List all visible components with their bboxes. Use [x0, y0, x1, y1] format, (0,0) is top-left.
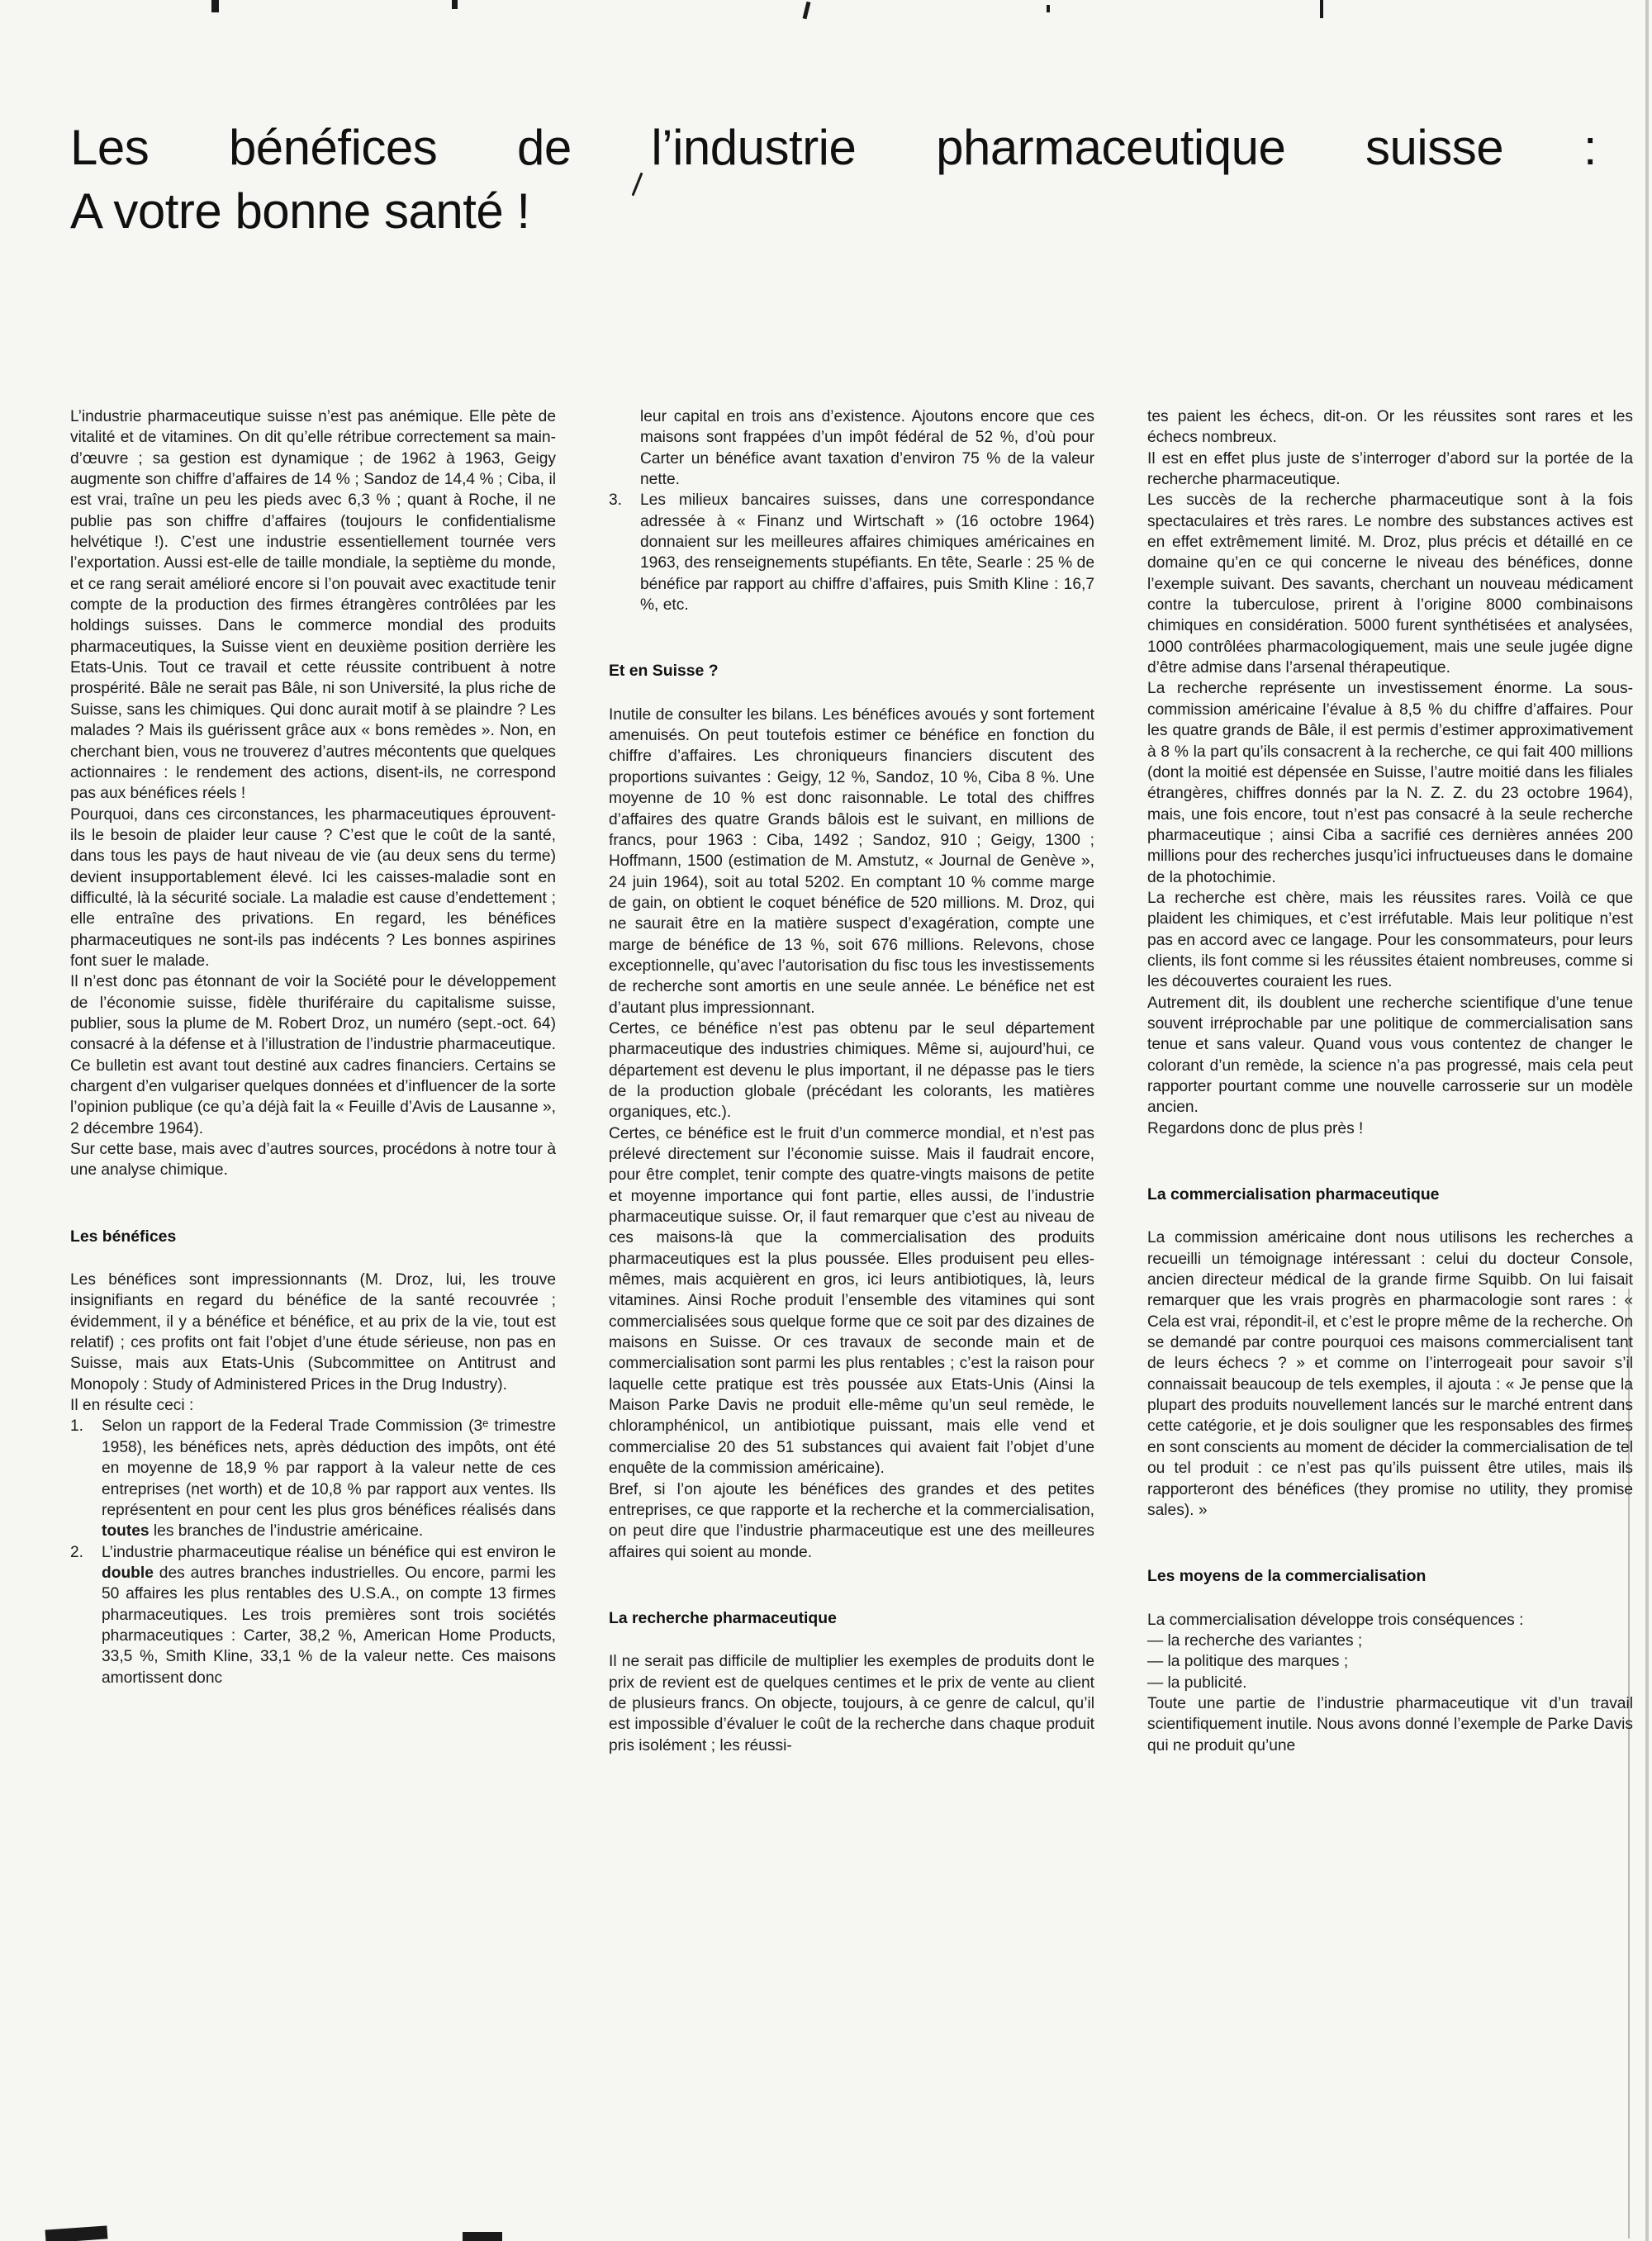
paragraph-consequences: La commercialisation développe trois con…	[1147, 1610, 1633, 1631]
article-title-line-1: Les bénéfices de l’industrie pharmaceuti…	[70, 116, 1597, 179]
scan-artifact	[45, 2225, 108, 2241]
paragraph-pourquoi: Pourquoi, dans ces circonstances, les ph…	[70, 805, 556, 972]
scan-artifact	[1320, 0, 1323, 18]
numbered-item-2: 2. L’industrie pharmaceutique réalise un…	[70, 1542, 556, 1688]
paragraph-analyse: Sur cette base, mais avec d’autres sourc…	[70, 1139, 556, 1181]
heading-recherche-pharmaceutique: La recherche pharmaceutique	[609, 1608, 1094, 1629]
paragraph-autrement-dit: Autrement dit, ils doublent une recherch…	[1147, 993, 1633, 1118]
paragraph-intro: L’industrie pharmaceutique suisse n’est …	[70, 406, 556, 805]
paragraph-console: La commission américaine dont nous utili…	[1147, 1227, 1633, 1521]
list-text-bold: toutes	[102, 1522, 150, 1540]
paragraph-certes-2: Certes, ce bénéfice est le fruit d’un co…	[609, 1123, 1094, 1479]
paragraph-regardons: Regardons donc de plus près !	[1147, 1118, 1633, 1139]
list-number: 3.	[609, 490, 640, 615]
paragraph-succes: Les succès de la recherche pharmaceutiqu…	[1147, 490, 1633, 678]
dash-item-publicite: — la publicité.	[1147, 1673, 1633, 1693]
paragraph-bref: Bref, si l’on ajoute les bénéfices des g…	[609, 1479, 1094, 1563]
paragraph-exemples: Il ne serait pas difficile de multiplier…	[609, 1651, 1094, 1756]
list-text-bold: double	[102, 1564, 154, 1582]
scanned-article-page: Les bénéfices de l’industrie pharmaceuti…	[0, 0, 1652, 2241]
column-left: L’industrie pharmaceutique suisse n’est …	[70, 406, 556, 1688]
paragraph-societe: Il n’est donc pas étonnant de voir la So…	[70, 971, 556, 1139]
list-text-run: les branches de l’industrie américaine.	[150, 1522, 424, 1540]
scan-artifact	[211, 0, 219, 12]
column-middle: leur capital en trois ans d’existence. A…	[609, 406, 1094, 1756]
paragraph-bilans: Inutile de consulter les bilans. Les bén…	[609, 705, 1094, 1018]
paragraph-benefices: Les bénéfices sont impressionnants (M. D…	[70, 1270, 556, 1395]
paragraph-recherche-chere: La recherche est chère, mais les réussit…	[1147, 888, 1633, 993]
paragraph-echecs: tes paient les échecs, dit-on. Or les ré…	[1147, 406, 1633, 449]
list-number: 1.	[70, 1416, 102, 1541]
paragraph-item2-continuation: leur capital en trois ans d’existence. A…	[609, 406, 1094, 490]
list-text: Les milieux bancaires suisses, dans une …	[640, 490, 1094, 615]
heading-moyens-commercialisation: Les moyens de la commercialisation	[1147, 1566, 1633, 1587]
paragraph-travail-inutile: Toute une partie de l’industrie pharmace…	[1147, 1693, 1633, 1756]
heading-commercialisation: La commercialisation pharmaceutique	[1147, 1185, 1633, 1205]
list-number: 2.	[70, 1542, 102, 1688]
scan-artifact	[463, 2232, 502, 2241]
scan-edge	[1645, 0, 1649, 2241]
paragraph-investissement: La recherche représente un investissemen…	[1147, 678, 1633, 887]
list-text-run: L’industrie pharmaceutique réalise un bé…	[102, 1544, 556, 1561]
paragraph-interroger: Il est en effet plus juste de s’interrog…	[1147, 449, 1633, 491]
list-text: L’industrie pharmaceutique réalise un bé…	[102, 1542, 556, 1688]
heading-et-en-suisse: Et en Suisse ?	[609, 661, 1094, 681]
numbered-item-3: 3. Les milieux bancaires suisses, dans u…	[609, 490, 1094, 615]
article-title-line-2: A votre bonne santé !	[70, 179, 1597, 243]
heading-les-benefices: Les bénéfices	[70, 1227, 556, 1247]
column-right: tes paient les échecs, dit-on. Or les ré…	[1147, 406, 1633, 1756]
list-text-run: Selon un rapport de la Federal Trade Com…	[102, 1417, 556, 1518]
scan-artifact	[1047, 5, 1050, 12]
scan-artifact	[452, 0, 458, 9]
paragraph-resulte: Il en résulte ceci :	[70, 1395, 556, 1416]
scan-artifact	[803, 2, 811, 20]
list-text-run: des autres branches industrielles. Ou en…	[102, 1564, 556, 1687]
paragraph-certes-1: Certes, ce bénéfice n’est pas obtenu par…	[609, 1018, 1094, 1123]
dash-item-variantes: — la recherche des variantes ;	[1147, 1631, 1633, 1651]
numbered-item-1: 1. Selon un rapport de la Federal Trade …	[70, 1416, 556, 1541]
article-title: Les bénéfices de l’industrie pharmaceuti…	[70, 116, 1597, 243]
list-text: Selon un rapport de la Federal Trade Com…	[102, 1416, 556, 1541]
dash-item-marques: — la politique des marques ;	[1147, 1651, 1633, 1672]
